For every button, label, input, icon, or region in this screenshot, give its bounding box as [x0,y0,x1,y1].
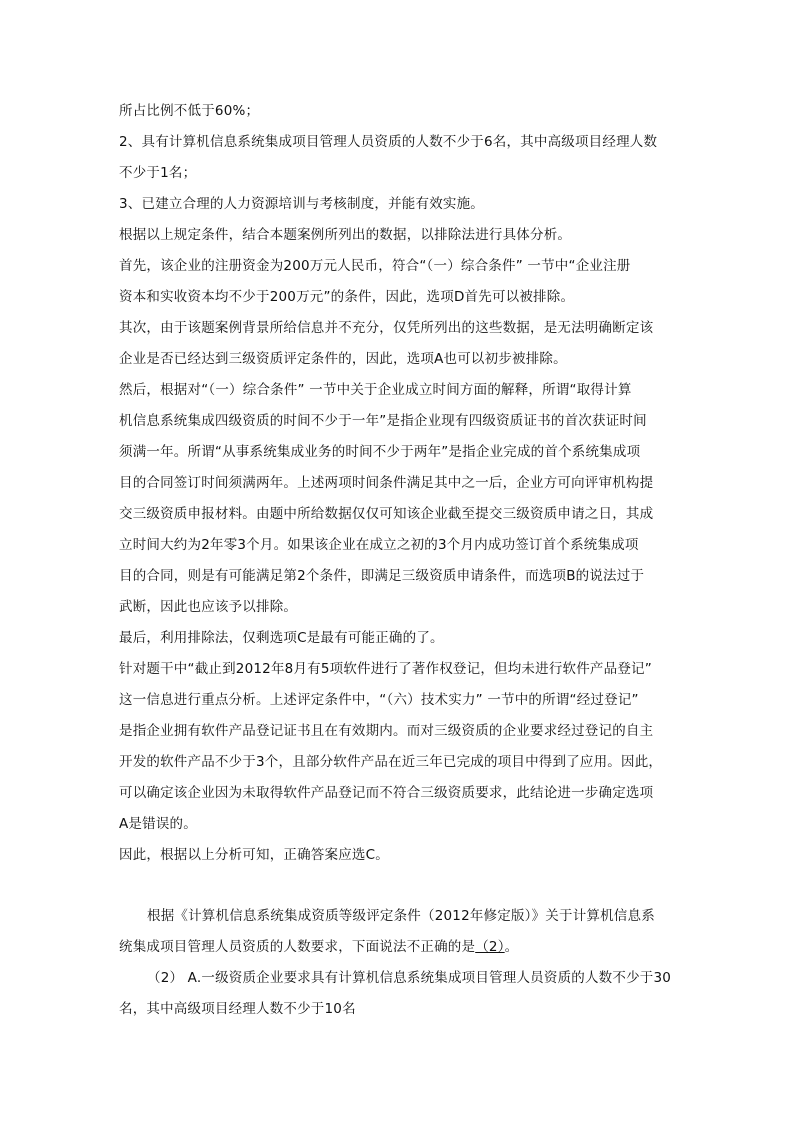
question-stem-text: 统集成项目管理人员资质的人数要求，下面说法不正确的是 [119,939,475,955]
text-line: 立时间大约为2年零3个月。如果该企业在成立之初的3个月内成功签订首个系统集成项 [119,530,679,561]
conclusion-line: 因此，根据以上分析可知，正确答案应选C。 [119,840,679,871]
text-line: 可以确定该企业因为未取得软件产品登记而不符合三级资质要求，此结论进一步确定选项 [119,778,679,809]
text-line: 其次，由于该题案例背景所给信息并不充分，仅凭所列出的这些数据，是无法明确断定该 [119,313,679,344]
text-line: 不少于1名； [119,158,679,189]
question-stem-line: 根据《计算机信息系统集成资质等级评定条件（2012年修定版）》关于计算机信息系 [119,901,679,932]
text-line: 所占比例不低于60%； [119,96,679,127]
text-line: 须满一年。所谓“从事系统集成业务的时间不少于两年”是指企业完成的首个系统集成项 [119,437,679,468]
text-line: 是指企业拥有软件产品登记证书且在有效期内。而对三级资质的企业要求经过登记的自主 [119,716,679,747]
option-a-line: （2） A.一级资质企业要求具有计算机信息系统集成项目管理人员资质的人数不少于3… [119,963,679,994]
text-line: 针对题干中“截止到2012年8月有5项软件进行了著作权登记，但均未进行软件产品登… [119,654,679,685]
text-line: 资本和实收资本均不少于200万元”的条件，因此，选项D首先可以被排除。 [119,282,679,313]
text-line: 最后，利用排除法，仅剩选项C是最有可能正确的了。 [119,623,679,654]
text-line: 开发的软件产品不少于3个，且部分软件产品在近三年已完成的项目中得到了应用。因此， [119,747,679,778]
text-line: 武断，因此也应该予以排除。 [119,592,679,623]
text-line: 这一信息进行重点分析。上述评定条件中，“（六）技术实力” 一节中的所谓“经过登记… [119,685,679,716]
text-line: 首先，该企业的注册资金为200万元人民币，符合“（一）综合条件” 一节中“企业注… [119,251,679,282]
text-line: 交三级资质申报材料。由题中所给数据仅仅可知该企业截至提交三级资质申请之日，其成 [119,499,679,530]
question-stem-line: 统集成项目管理人员资质的人数要求，下面说法不正确的是（2）。 [119,932,679,963]
text-line: 企业是否已经达到三级资质评定条件的，因此，选项A也可以初步被排除。 [119,344,679,375]
paragraph-gap [119,871,679,901]
analysis-section: 所占比例不低于60%； 2、具有计算机信息系统集成项目管理人员资质的人数不少于6… [119,96,679,871]
text-line: 3、已建立合理的人力资源培训与考核制度，并能有效实施。 [119,189,679,220]
option-a-line: 名，其中高级项目经理人数不少于10名 [119,994,679,1025]
document-page: 所占比例不低于60%； 2、具有计算机信息系统集成项目管理人员资质的人数不少于6… [119,96,679,1025]
text-line: 机信息系统集成四级资质的时间不少于一年”是指企业现有四级资质证书的首次获证时间 [119,406,679,437]
text-line: 目的合同签订时间须满两年。上述两项时间条件满足其中之一后，企业方可向评审机构提 [119,468,679,499]
text-line: 目的合同，则是有可能满足第2个条件，即满足三级资质申请条件，而选项B的说法过于 [119,561,679,592]
text-line: 2、具有计算机信息系统集成项目管理人员资质的人数不少于6名，其中高级项目经理人数 [119,127,679,158]
question-section: 根据《计算机信息系统集成资质等级评定条件（2012年修定版）》关于计算机信息系 … [119,901,679,1025]
answer-blank: （2） [475,939,504,955]
text-line: A是错误的。 [119,809,679,840]
question-stem-end: 。 [505,939,519,955]
text-line: 然后，根据对“（一）综合条件” 一节中关于企业成立时间方面的解释，所谓“取得计算 [119,375,679,406]
text-line: 根据以上规定条件，结合本题案例所列出的数据，以排除法进行具体分析。 [119,220,679,251]
